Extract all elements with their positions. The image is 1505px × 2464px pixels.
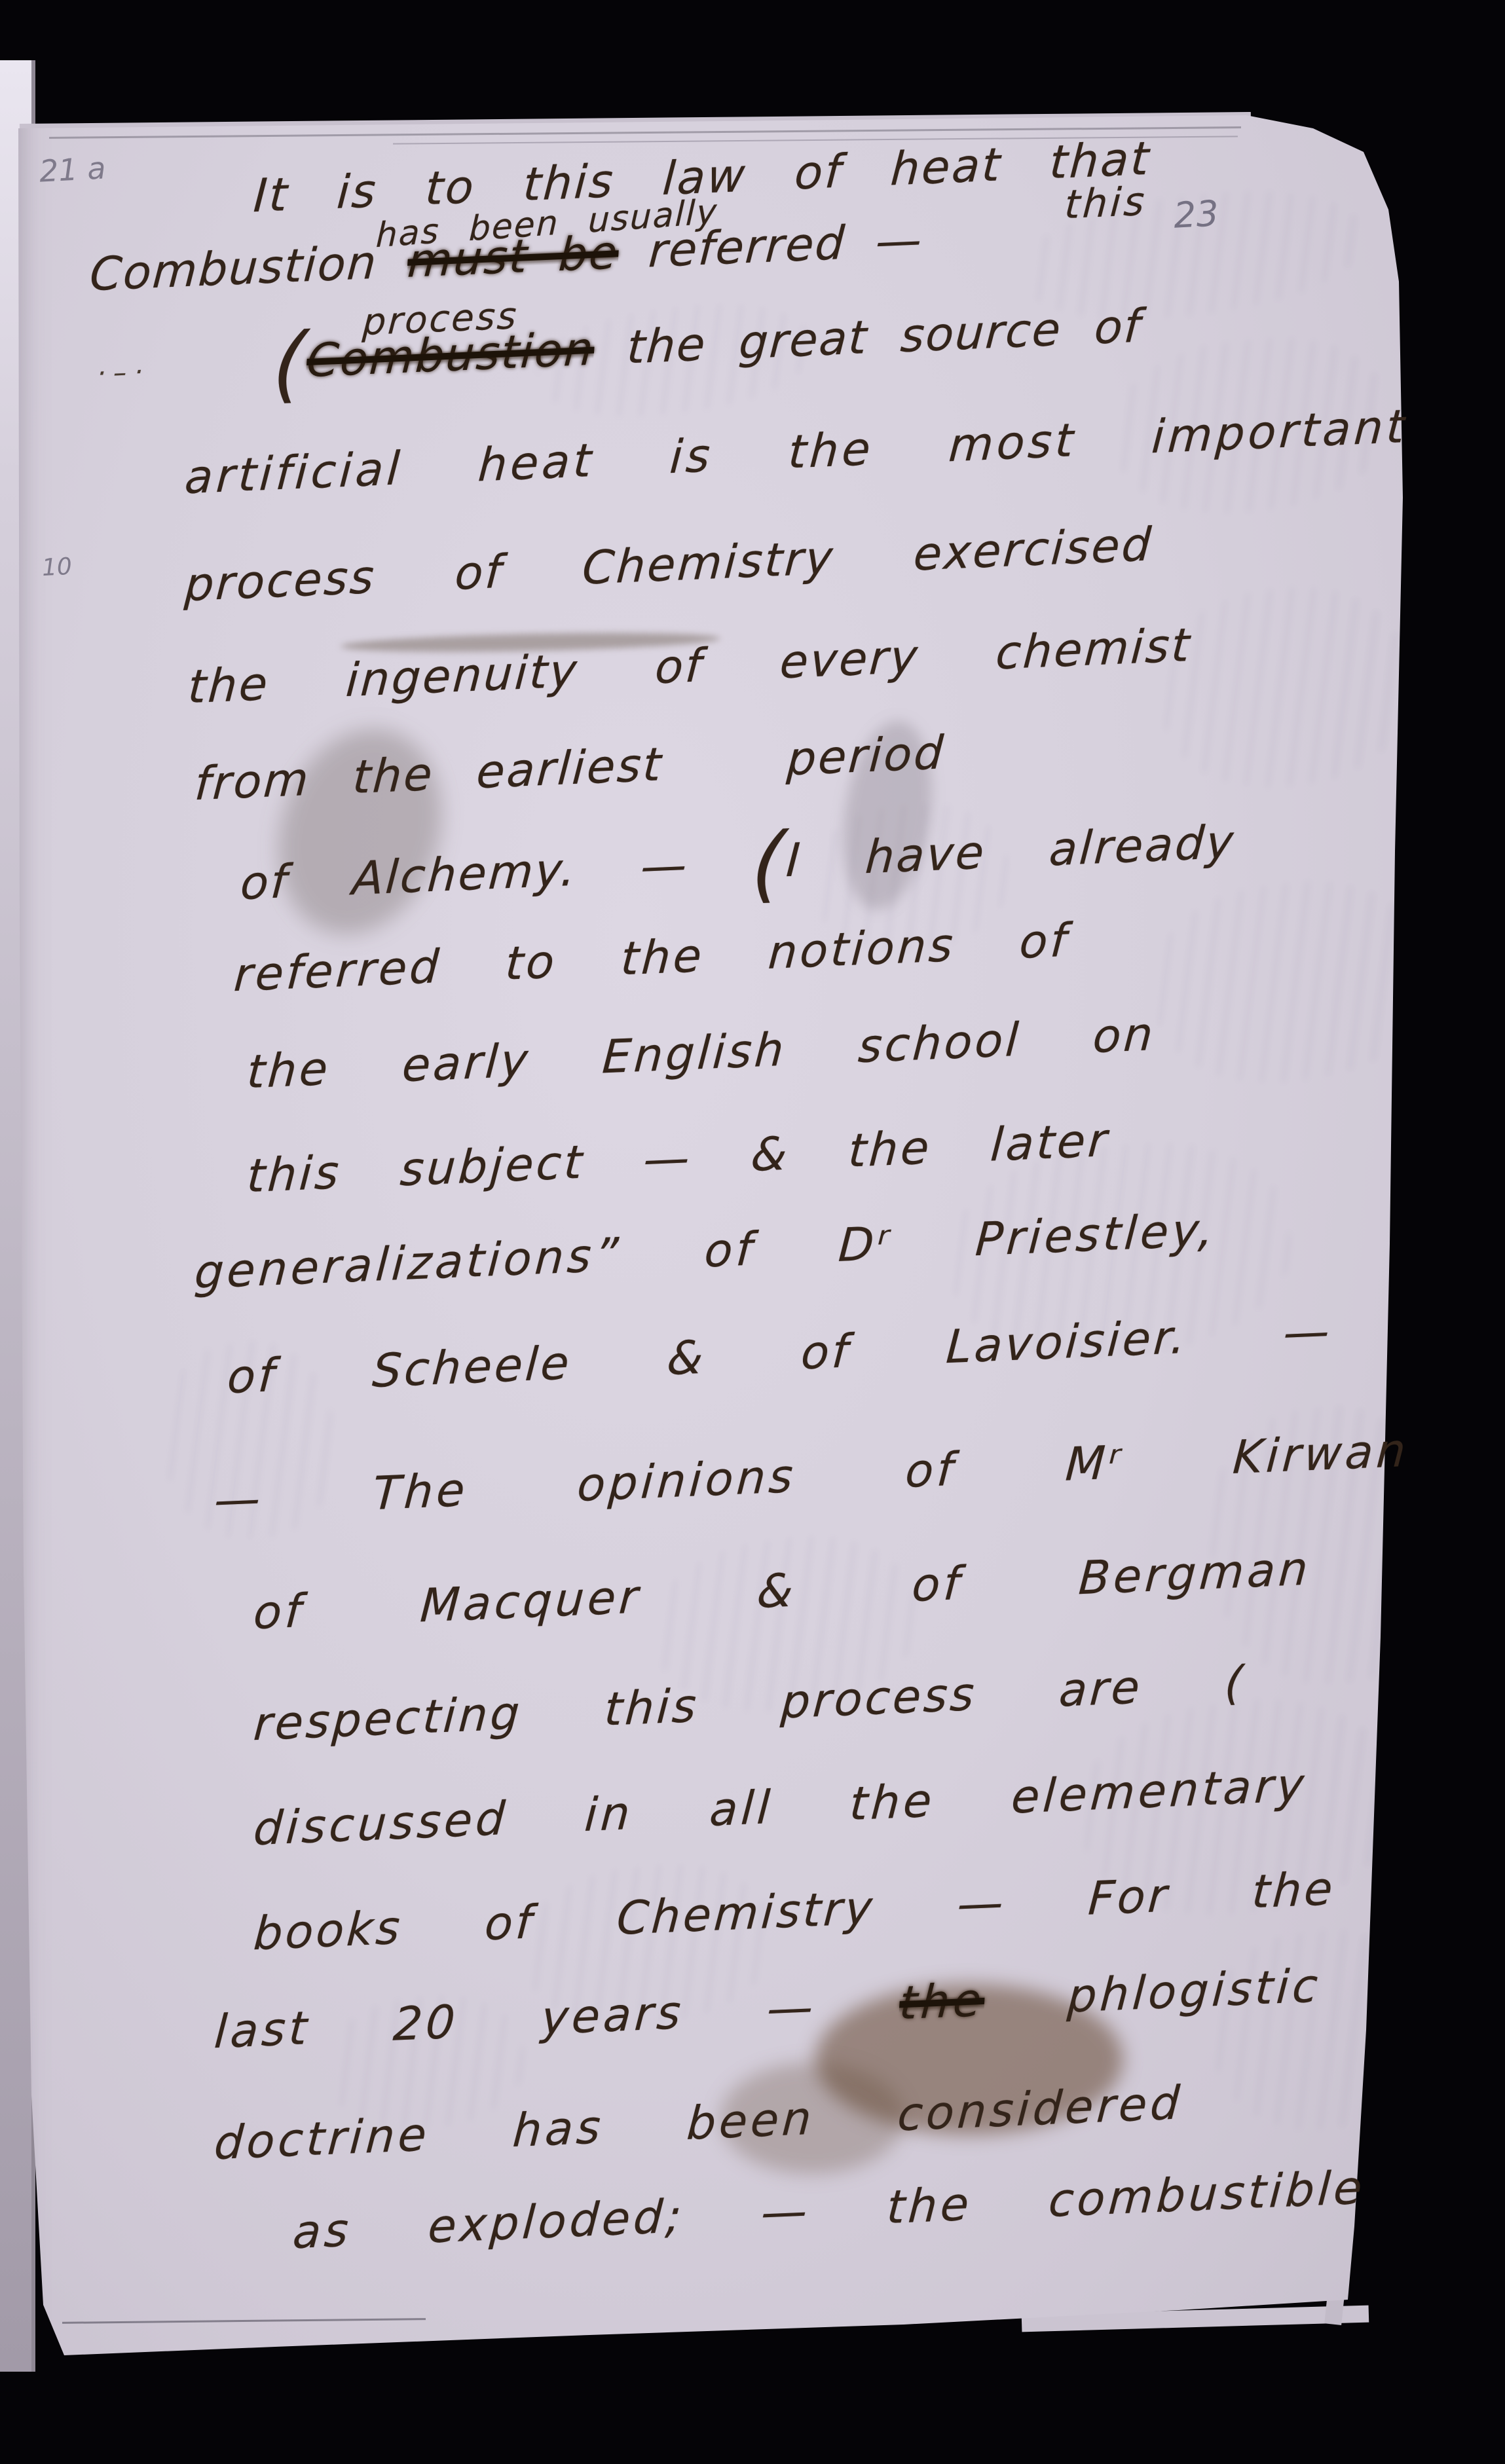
manuscript-text: period [785,726,946,786]
show-through-marks [1148,575,1419,800]
manuscript-photo: 21 a 23 10 It is to this law of heat tha… [0,0,1505,2464]
show-through-marks [1142,868,1438,1097]
pencil-page-number-top-left: 21 a [39,150,107,189]
struck-word: must be [406,225,620,288]
show-through-marks [1200,1919,1439,2141]
manuscript-text: this [1064,179,1149,229]
graphite-smudge [253,708,467,956]
struck-word: the [898,1973,986,2031]
parenthesis-mark: ( [270,314,310,413]
pencil-page-number-top-right: 23 [1172,193,1219,236]
pencil-margin-number: 10 [41,553,73,581]
manuscript-text: ·–· [96,357,151,390]
manuscript-interlinear-word: this [1064,179,1149,229]
insertion-caret-mark: ·–· [96,357,151,390]
pencil-edge-line [62,2318,426,2324]
parenthesis-mark: ( [749,815,789,913]
